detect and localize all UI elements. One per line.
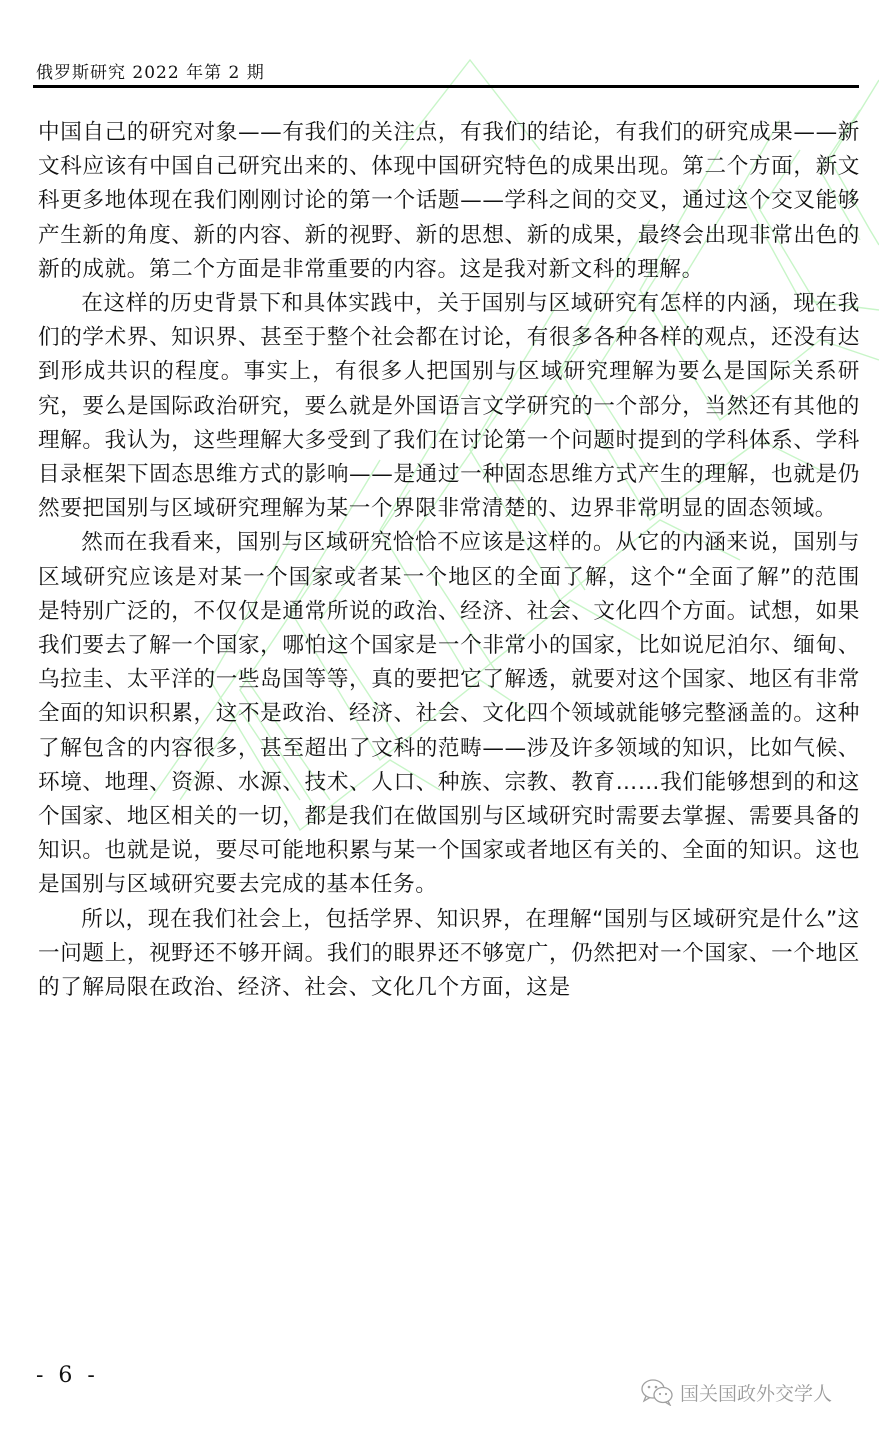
paragraph: 然而在我看来，国别与区域研究恰恰不应该是这样的。从它的内涵来说，国别与区域研究应… (38, 526, 860, 902)
header-rule (33, 85, 859, 88)
wechat-icon (640, 1378, 674, 1406)
source-label: 国关国政外交学人 (680, 1379, 832, 1406)
paragraph: 中国自己的研究对象——有我们的关注点，有我们的结论，有我们的研究成果——新文科应… (38, 116, 860, 287)
paragraph: 在这样的历史背景下和具体实践中，关于国别与区域研究有怎样的内涵，现在我们的学术界… (38, 287, 860, 526)
running-header: 俄罗斯研究 2022 年第 2 期 (36, 58, 265, 83)
source-watermark: 国关国政外交学人 (640, 1378, 832, 1406)
article-body: 中国自己的研究对象——有我们的关注点，有我们的结论，有我们的研究成果——新文科应… (38, 116, 860, 1005)
paragraph: 所以，现在我们社会上，包括学界、知识界，在理解“国别与区域研究是什么”这一问题上… (38, 903, 860, 1006)
page-number: - 6 - (36, 1363, 99, 1388)
